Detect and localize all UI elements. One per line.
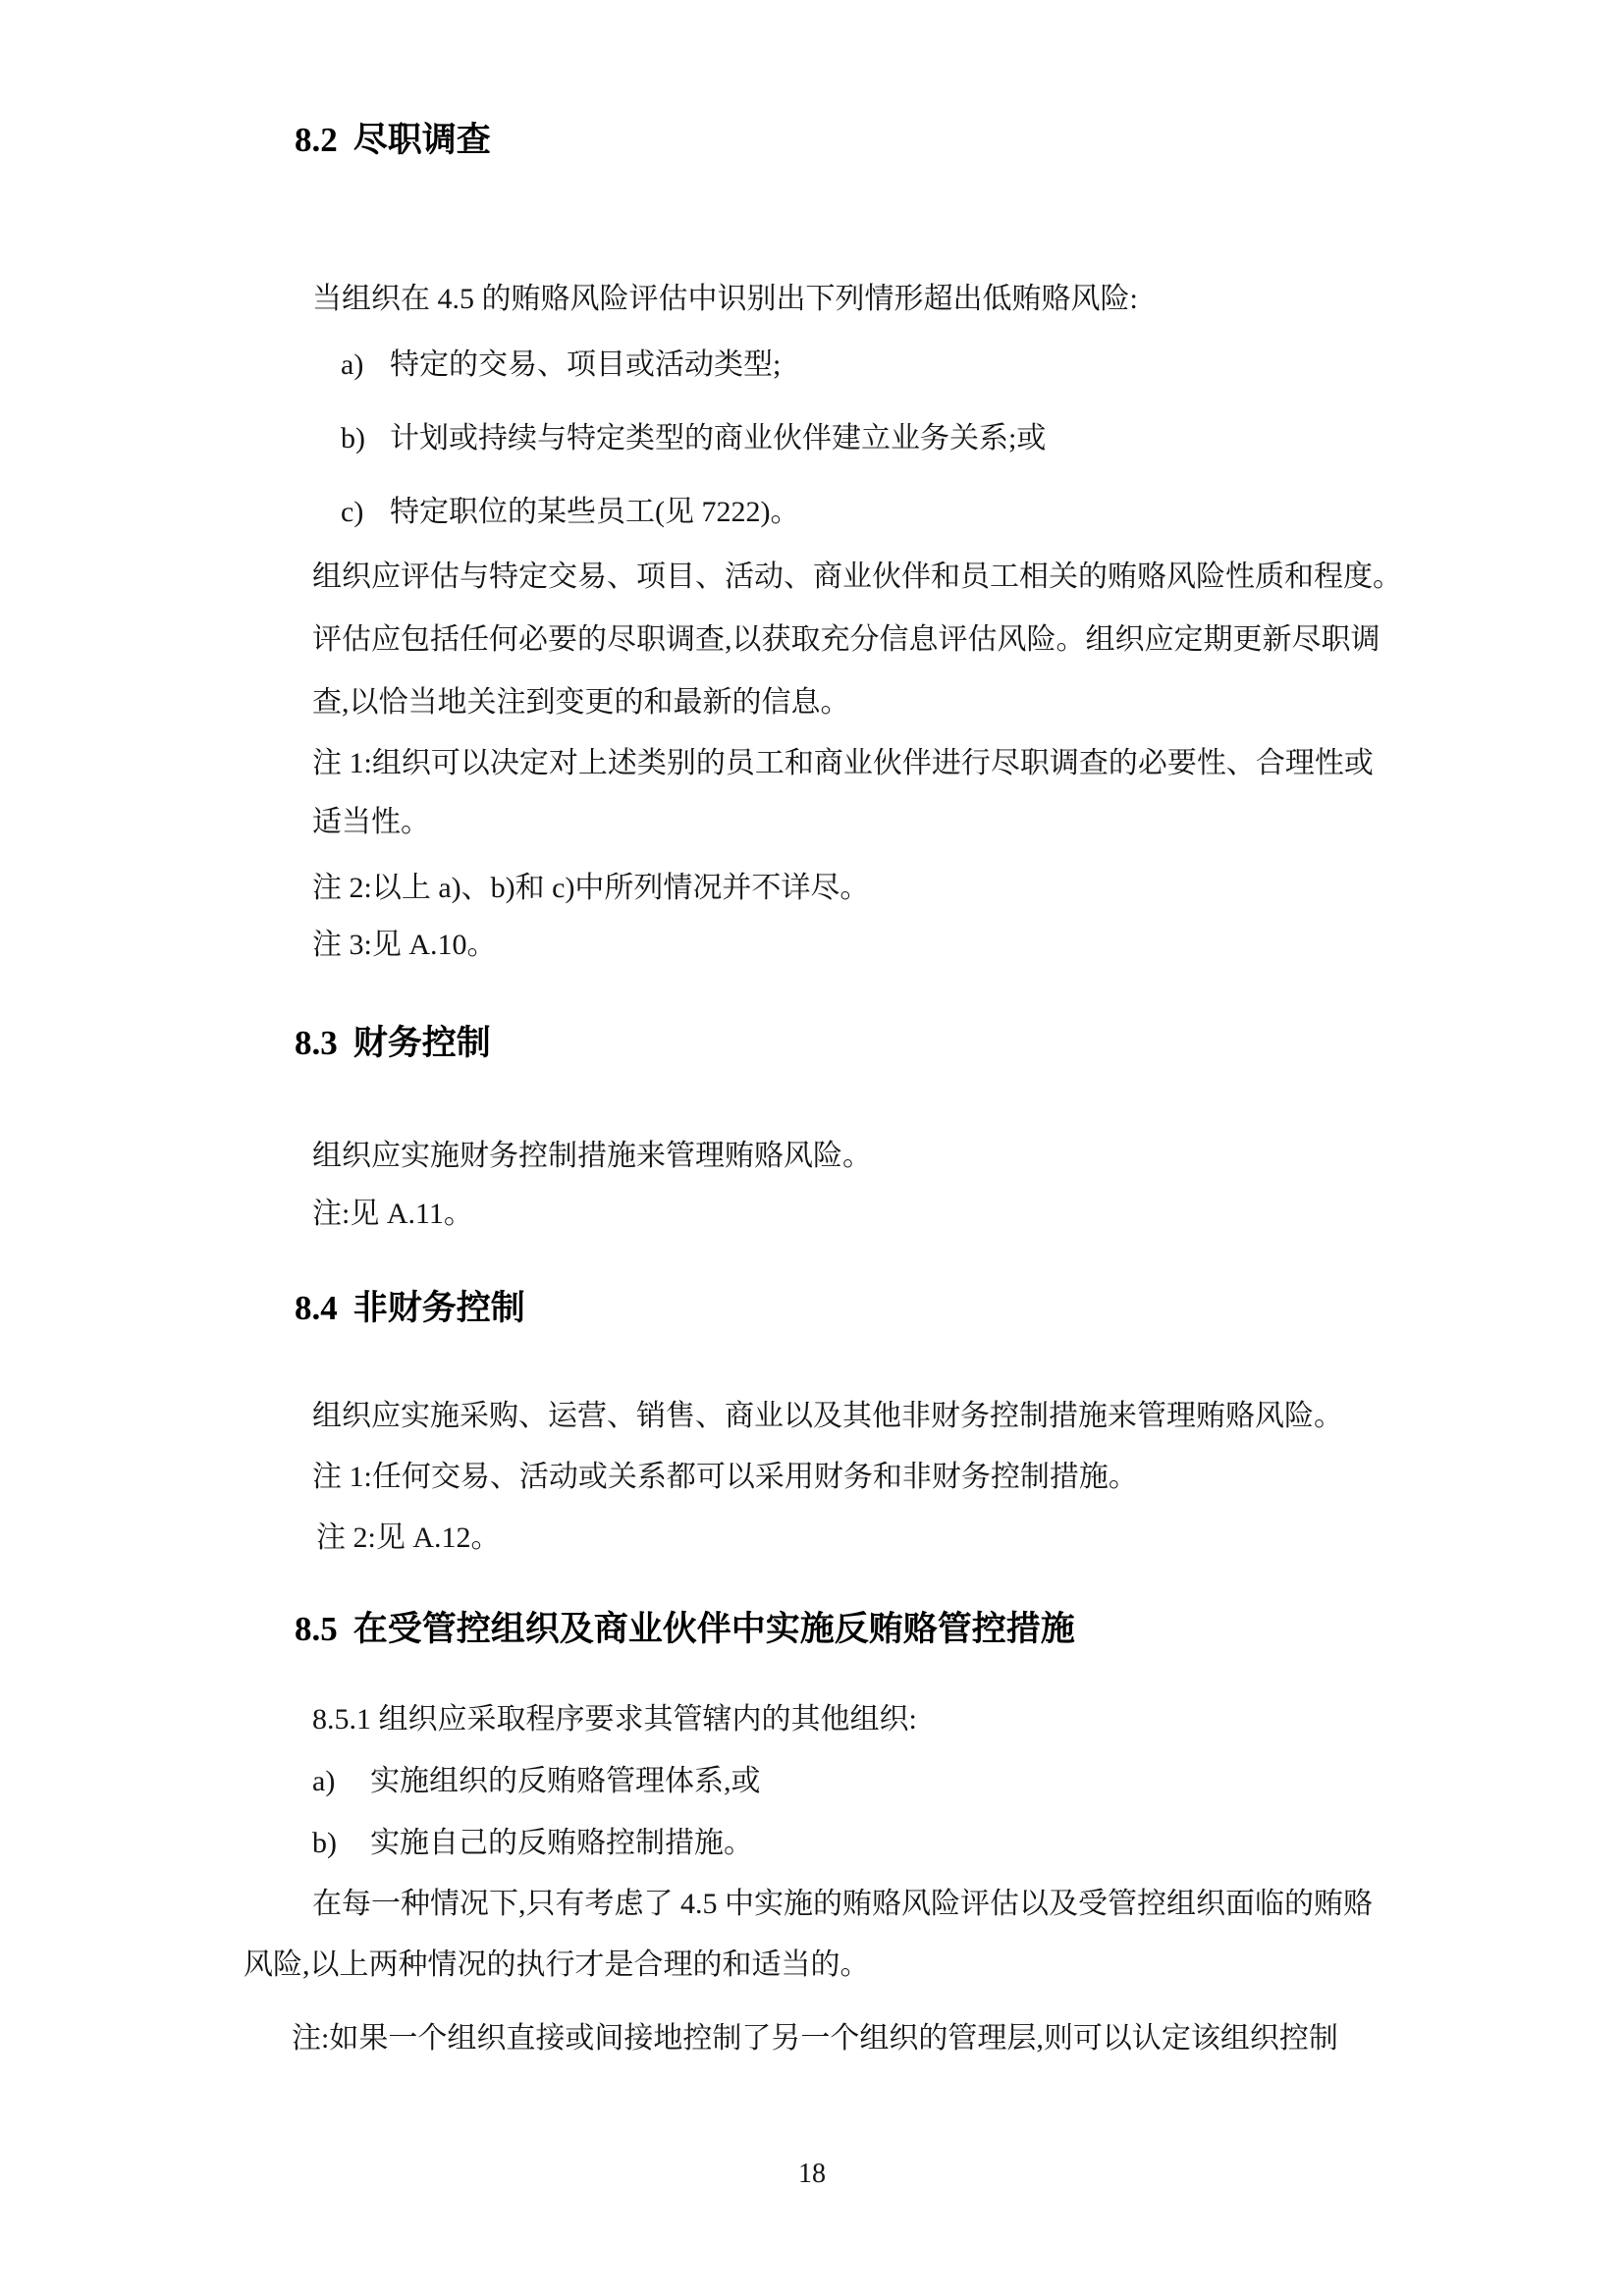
note-line: 注:见 A.11。 (312, 1182, 473, 1247)
list-item-text: 实施自己的反贿赂控制措施。 (370, 1827, 753, 1859)
heading-title: 尽职调查 (353, 121, 491, 159)
note-line: 注 3:见 A.10。 (312, 913, 497, 978)
list-marker: a) (312, 1749, 370, 1814)
note-line: 注 1:任何交易、活动或关系都可以采用财务和非财务控制措施。 (312, 1445, 1138, 1510)
note-line: 注 1:组织可以决定对上述类别的员工和商业伙伴进行尽职调查的必要性、合理性或 (312, 731, 1374, 796)
section-heading-8-4: 8.4非财务控制 (295, 1276, 525, 1341)
section-heading-8-5: 8.5在受管控组织及商业伙伴中实施反贿赂管控措施 (295, 1597, 1075, 1662)
heading-number: 8.5 (295, 1610, 338, 1648)
paragraph-line: 当组织在 4.5 的贿赂风险评估中识别出下列情形超出低贿赂风险: (312, 267, 1138, 332)
list-marker: b) (312, 1811, 370, 1876)
list-marker: a) (341, 333, 390, 398)
list-marker: c) (341, 480, 390, 545)
heading-title: 非财务控制 (353, 1289, 525, 1327)
list-item-text: 特定的交易、项目或活动类型; (390, 348, 781, 381)
paragraph-line: 评估应包括任何必要的尽职调查,以获取充分信息评估风险。组织应定期更新尽职调 (312, 608, 1380, 672)
section-heading-8-2: 8.2尽职调查 (295, 108, 491, 173)
list-item-text: 实施组织的反贿赂管理体系,或 (370, 1765, 761, 1797)
heading-title: 在受管控组织及商业伙伴中实施反贿赂管控措施 (353, 1610, 1075, 1648)
paragraph-line: 在每一种情况下,只有考虑了 4.5 中实施的贿赂风险评估以及受管控组织面临的贿赂 (312, 1872, 1373, 1937)
heading-number: 8.4 (295, 1289, 338, 1327)
paragraph-line: 组织应实施采购、运营、销售、商业以及其他非财务控制措施来管理贿赂风险。 (312, 1384, 1343, 1449)
subsection-line: 8.5.1 组织应采取程序要求其管辖内的其他组织: (312, 1687, 917, 1752)
list-item-text: 特定职位的某些员工(见 7222)。 (390, 496, 799, 528)
list-item: c)特定职位的某些员工(见 7222)。 (341, 480, 799, 545)
paragraph-line: 风险,以上两种情况的执行才是合理的和适当的。 (244, 1933, 870, 1998)
document-page: 8.2尽职调查 当组织在 4.5 的贿赂风险评估中识别出下列情形超出低贿赂风险:… (0, 0, 1624, 2296)
heading-number: 8.3 (295, 1024, 338, 1062)
list-item: b)实施自己的反贿赂控制措施。 (312, 1811, 753, 1876)
list-item: a)特定的交易、项目或活动类型; (341, 333, 781, 398)
note-line: 适当性。 (312, 790, 430, 855)
paragraph-line: 查,以恰当地关注到变更的和最新的信息。 (312, 670, 850, 735)
list-item-text: 计划或持续与特定类型的商业伙伴建立业务关系;或 (390, 422, 1046, 454)
page-number: 18 (0, 2142, 1624, 2207)
note-line: 注:如果一个组织直接或间接地控制了另一个组织的管理层,则可以认定该组织控制 (292, 2006, 1338, 2071)
list-item: b)计划或持续与特定类型的商业伙伴建立业务关系;或 (341, 406, 1046, 471)
section-heading-8-3: 8.3财务控制 (295, 1011, 491, 1076)
heading-number: 8.2 (295, 121, 338, 159)
list-item: a)实施组织的反贿赂管理体系,或 (312, 1749, 761, 1814)
note-line: 注 2:见 A.12。 (316, 1506, 501, 1571)
paragraph-line: 组织应实施财务控制措施来管理贿赂风险。 (312, 1124, 872, 1189)
heading-title: 财务控制 (353, 1024, 491, 1062)
paragraph-line: 组织应评估与特定交易、项目、活动、商业伙伴和员工相关的贿赂风险性质和程度。 (312, 545, 1402, 610)
note-line: 注 2:以上 a)、b)和 c)中所列情况并不详尽。 (312, 856, 869, 921)
list-marker: b) (341, 406, 390, 471)
